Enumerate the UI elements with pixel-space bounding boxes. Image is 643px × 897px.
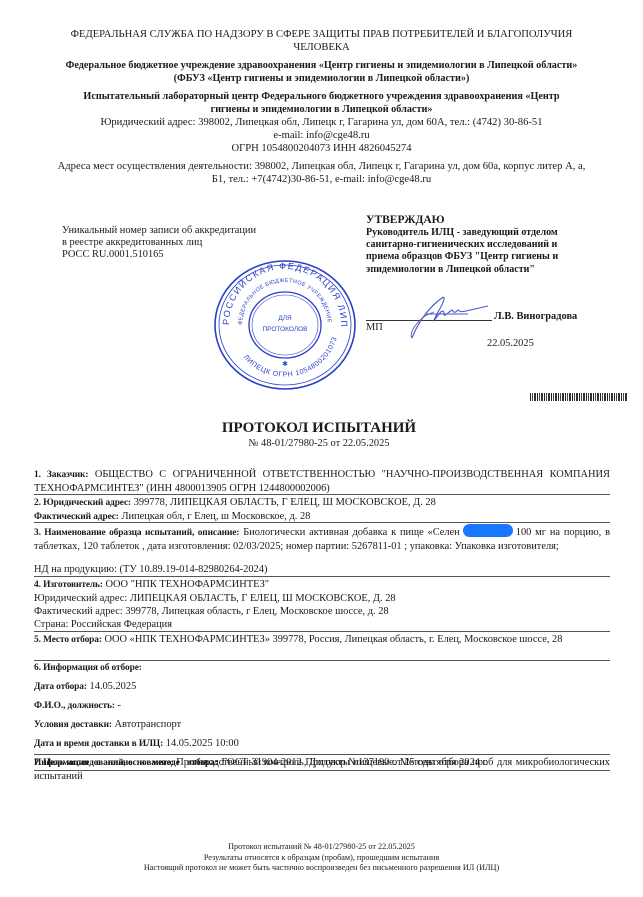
signature-icon (408, 292, 508, 342)
divider (34, 660, 610, 661)
manufacturer-label: 4. Изготовитель: (34, 580, 103, 590)
svg-text:✱: ✱ (282, 360, 288, 368)
customer-label: 1. Заказчик: (34, 470, 88, 480)
approval-block: УТВЕРЖДАЮ Руководитель ИЛЦ - заведующий … (366, 213, 558, 276)
product-nd: НД на продукцию: (ТУ 10.89.19-014-829802… (34, 563, 610, 576)
legal-address-value: 399778, ЛИПЕЦКАЯ ОБЛАСТЬ, Г ЕЛЕЦ, Ш МОСК… (134, 497, 436, 508)
lab-header: Испытательный лабораторный центр Федерал… (30, 90, 613, 155)
footer-line-2: Результаты относятся к образцам (пробам)… (0, 853, 643, 864)
protocol-title: ПРОТОКОЛ ИСПЫТАНИЙ (0, 420, 643, 437)
manufacturer-actual-address: Фактический адрес: 399778, Липецкая обла… (34, 605, 610, 618)
redaction-mark (463, 524, 513, 537)
divider (34, 576, 610, 577)
official-stamp-icon: РОССИЙСКАЯ ФЕДЕРАЦИЯ ЛИПЕЦКАЯ ОБЛАСТЬ ФЕ… (212, 258, 358, 392)
legal-address: Юридический адрес: 398002, Липецкая обл,… (30, 116, 613, 129)
approval-date: 22.05.2025 (487, 338, 534, 349)
ogrn-inn: ОГРН 1054800204073 ИНН 4826045274 (30, 142, 613, 155)
sampling-place-label: 5. Место отбора: (34, 635, 102, 645)
actual-address-value: Липецкая обл, г Елец, ш Московское, д. 2… (121, 511, 310, 522)
sample-label: 3. Наименование образца испытаний, описа… (34, 528, 239, 538)
actual-address-label: Фактический адрес: (34, 512, 119, 522)
divider (34, 631, 610, 632)
barcode (530, 393, 628, 401)
delivery-datetime-value: 14.05.2025 10:00 (166, 738, 239, 749)
institution-line-2: (ФБУЗ «Центр гигиены и эпидемиологии в Л… (30, 72, 613, 85)
approval-line-2: санитарно-гигиенических исследований и (366, 239, 558, 251)
protocol-number: № 48-01/27980-25 от 22.05.2025 (0, 437, 643, 451)
manufacturer-value: ООО "НПК ТЕХНОФАРМСИНТЕЗ" (106, 579, 270, 590)
fio-label: Ф.И.О., должность: (34, 701, 115, 711)
section-manufacturer: 4. Изготовитель: ООО "НПК ТЕХНОФАРМСИНТЕ… (34, 578, 610, 631)
approval-line-3: приема образцов ФБУЗ "Центр гигиены и (366, 251, 558, 263)
customer-value: ОБЩЕСТВО С ОГРАНИЧЕННОЙ ОТВЕТСТВЕННОСТЬЮ… (34, 469, 610, 494)
protocol-heading: ПРОТОКОЛ ИСПЫТАНИЙ № 48-01/27980-25 от 2… (0, 420, 643, 451)
accreditation-line-2: в реестре аккредитованных лиц (62, 237, 256, 249)
section-customer: 1. Заказчик: ОБЩЕСТВО С ОГРАНИЧЕННОЙ ОТВ… (34, 468, 610, 495)
agency-header: ФЕДЕРАЛЬНАЯ СЛУЖБА ПО НАДЗОРУ В СФЕРЕ ЗА… (30, 28, 613, 54)
activity-address-line-1: Адреса мест осуществления деятельности: … (30, 160, 613, 173)
agency-line-2: ЧЕЛОВЕКА (30, 41, 613, 54)
divider (34, 522, 610, 523)
delivery-conditions-value: Автотранспорт (115, 719, 182, 730)
institution-header: Федеральное бюджетное учреждение здравоо… (30, 59, 613, 85)
lab-line-1: Испытательный лабораторный центр Федерал… (30, 90, 613, 103)
page-footer: Протокол испытаний № 48-01/27980-25 от 2… (0, 842, 643, 874)
mp-label: МП (366, 322, 383, 333)
purpose-label: 7. Цель исследований, основание: (34, 758, 174, 768)
header-email: e-mail: info@cge48.ru (30, 129, 613, 142)
divider (34, 754, 610, 755)
sampling-info-label: 6. Информация об отборе: (34, 662, 610, 675)
sampling-date-value: 14.05.2025 (90, 681, 137, 692)
approval-title: УТВЕРЖДАЮ (366, 213, 558, 227)
sampling-place-value: ООО «НПК ТЕХНОФАРМСИНТЕЗ» 399778, Россия… (105, 634, 563, 645)
activity-address-line-2: Б1, тел.: +7(4742)30-86-51, e-mail: info… (30, 173, 613, 186)
signer-name: Л.В. Виноградова (494, 311, 577, 322)
footer-line-3: Настоящий протокол не может быть частичн… (0, 863, 643, 874)
lab-line-2: гигиены и эпидемиологии в Липецкой облас… (30, 103, 613, 116)
sample-value-a: Биологически активная добавка к пище «Се… (243, 527, 460, 538)
section-sampling-place: 5. Место отбора: ООО «НПК ТЕХНОФАРМСИНТЕ… (34, 633, 610, 647)
approval-line-1: Руководитель ИЛЦ - заведующий отделом (366, 227, 558, 239)
section-legal-address: 2. Юридический адрес: 399778, ЛИПЕЦКАЯ О… (34, 496, 610, 524)
agency-line-1: ФЕДЕРАЛЬНАЯ СЛУЖБА ПО НАДЗОРУ В СФЕРЕ ЗА… (30, 28, 613, 41)
fio-value: - (117, 700, 120, 711)
section-purpose: 7. Цель исследований, основание: Произво… (34, 756, 610, 770)
purpose-value: Производственный контроль, Договор №1371… (176, 757, 488, 768)
approval-line-4: эпидемиологии в Липецкой области" (366, 264, 558, 276)
accreditation-block: Уникальный номер записи об аккредитации … (62, 225, 256, 261)
manufacturer-legal-address: Юридический адрес: ЛИПЕЦКАЯ ОБЛАСТЬ, Г Е… (34, 592, 610, 605)
footer-line-1: Протокол испытаний № 48-01/27980-25 от 2… (0, 842, 643, 853)
divider (34, 770, 610, 771)
institution-line-1: Федеральное бюджетное учреждение здравоо… (30, 59, 613, 72)
accreditation-line-1: Уникальный номер записи об аккредитации (62, 225, 256, 237)
svg-text:ПРОТОКОЛОВ: ПРОТОКОЛОВ (262, 326, 307, 333)
svg-text:ДЛЯ: ДЛЯ (278, 315, 292, 322)
delivery-conditions-label: Условия доставки: (34, 720, 112, 730)
divider (34, 494, 610, 495)
delivery-datetime-label: Дата и время доставки в ИЛЦ: (34, 739, 163, 749)
sampling-date-label: Дата отбора: (34, 682, 87, 692)
activity-address: Адреса мест осуществления деятельности: … (30, 160, 613, 186)
manufacturer-country: Страна: Российская Федерация (34, 618, 610, 631)
section-sample: 3. Наименование образца испытаний, описа… (34, 524, 610, 553)
legal-address-label: 2. Юридический адрес: (34, 498, 131, 508)
